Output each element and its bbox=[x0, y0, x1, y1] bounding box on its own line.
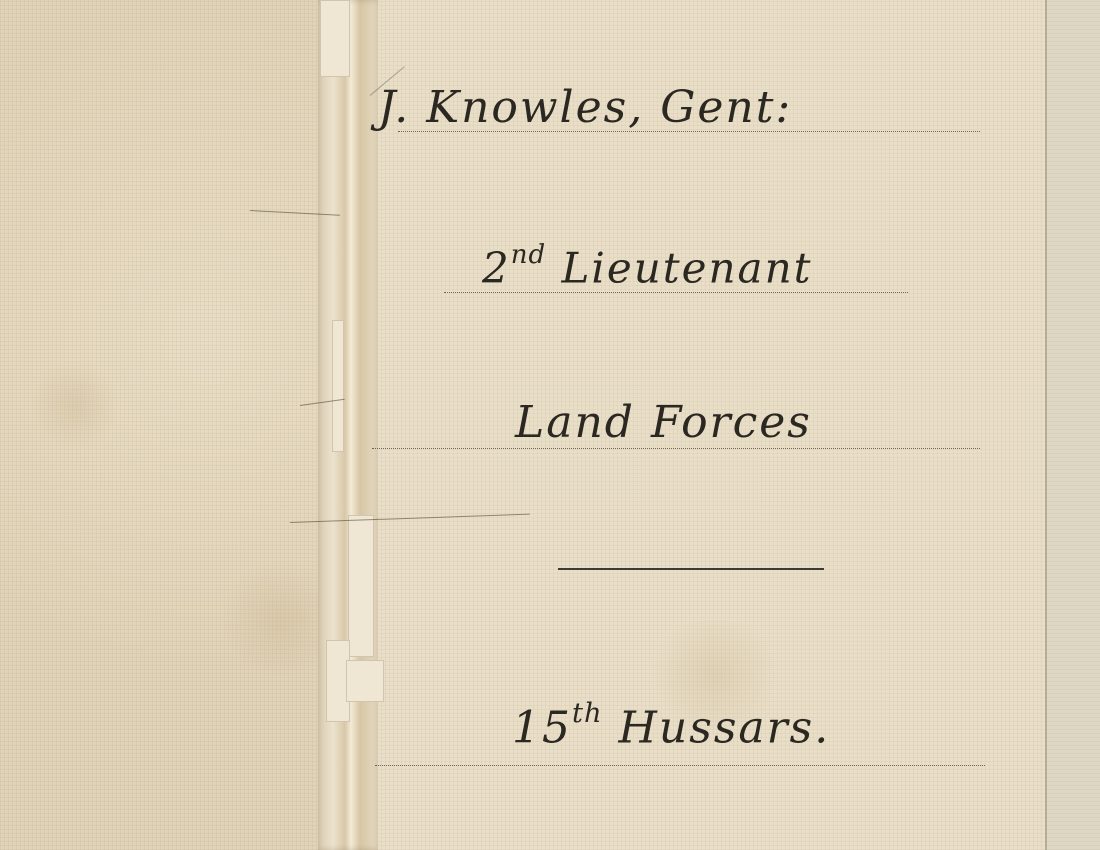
regiment-number: 15 bbox=[512, 702, 572, 753]
service-text: Land Forces bbox=[515, 397, 812, 448]
service-field: Land Forces bbox=[515, 397, 812, 448]
service-dotted-line bbox=[372, 448, 980, 449]
rank-field: 2nd Lieutenant bbox=[482, 240, 813, 293]
name-dotted-line bbox=[398, 131, 980, 132]
name-field: J. Knowles, Gent: bbox=[378, 82, 792, 133]
scanned-document: J. Knowles, Gent: 2nd Lieutenant Land Fo… bbox=[0, 0, 1100, 850]
spine-tear bbox=[346, 660, 384, 702]
page-edge-strip bbox=[1045, 0, 1100, 850]
rank-ordinal-suffix: nd bbox=[511, 240, 546, 270]
regiment-text: Hussars. bbox=[619, 702, 831, 753]
name-text: J. Knowles, Gent: bbox=[378, 82, 792, 133]
paper-stain bbox=[30, 360, 120, 450]
regiment-ordinal-suffix: th bbox=[572, 698, 603, 729]
spine-tear bbox=[348, 515, 374, 657]
rank-number: 2 bbox=[482, 244, 511, 293]
rank-dotted-line bbox=[444, 292, 908, 293]
regiment-dotted-line bbox=[375, 765, 985, 766]
spine-tear bbox=[332, 320, 344, 452]
separator-rule bbox=[558, 568, 824, 570]
left-cover-panel bbox=[0, 0, 345, 850]
spine-tear bbox=[320, 0, 350, 77]
rank-text: Lieutenant bbox=[562, 244, 813, 293]
regiment-field: 15th Hussars. bbox=[512, 698, 830, 753]
folded-spine bbox=[318, 0, 378, 850]
